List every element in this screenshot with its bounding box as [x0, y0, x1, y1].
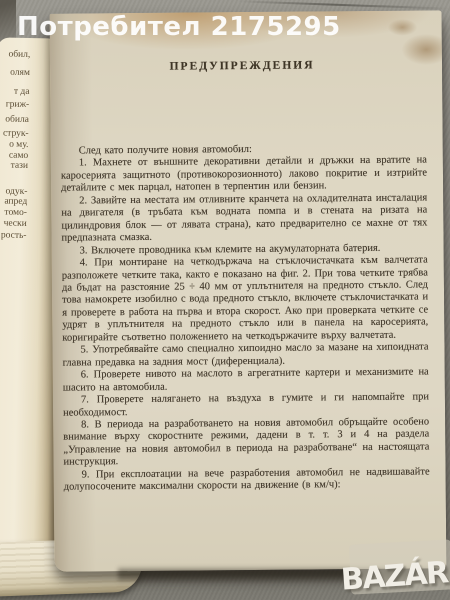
- list-item: 8. В периода на разработването на новия …: [63, 416, 429, 469]
- list-item: 1. Махнете от външните декоративни детай…: [61, 155, 427, 196]
- page-text: След като получите новия автомобил: 1. М…: [61, 142, 430, 494]
- concrete-crack: [238, 0, 450, 9]
- list-item: 2. Завийте на местата им отливните кранч…: [61, 192, 427, 245]
- left-page-fragment: апред: [4, 197, 27, 207]
- left-page-fragment: само: [9, 151, 29, 161]
- list-item: 4. При монтиране на четкодържача на стък…: [62, 255, 429, 345]
- page-title: ПРЕДУПРЕЖДЕНИЯ: [60, 58, 424, 73]
- photo-background: обил, олям т да гриж- обила струк- о му.…: [0, 0, 450, 600]
- left-page-fragment: гриж-: [6, 100, 30, 110]
- left-page-fragment: обила: [5, 115, 29, 125]
- list-item: 9. При експлоатации на вече разработения…: [64, 466, 430, 494]
- left-page-fragment: т да: [14, 87, 30, 97]
- list-item: 7. Проверете налягането на въздуха в гум…: [63, 391, 429, 419]
- list-item: 5. Употребявайте само специално хипоидно…: [62, 342, 428, 370]
- left-page-fragment: рость-: [1, 230, 27, 241]
- left-page-fragment: томо-: [4, 208, 27, 218]
- left-page-fragment: струк-: [3, 128, 29, 139]
- left-page-fragment: одук-: [5, 187, 27, 197]
- left-page-fragment: олям: [10, 68, 30, 78]
- right-book-page: ПРЕДУПРЕЖДЕНИЯ След като получите новия …: [50, 10, 447, 571]
- bazar-watermark: BAZÁR: [340, 555, 449, 597]
- left-page-fragment: о му.: [9, 140, 29, 150]
- left-page-fragment: чески: [4, 218, 27, 228]
- left-page-fragment: тази: [11, 161, 29, 171]
- list-item: 6. Проверете нивото на маслото в агрегат…: [63, 367, 429, 395]
- left-page-fragment: обил,: [8, 50, 30, 60]
- user-watermark: Потребител 2175295: [17, 12, 341, 42]
